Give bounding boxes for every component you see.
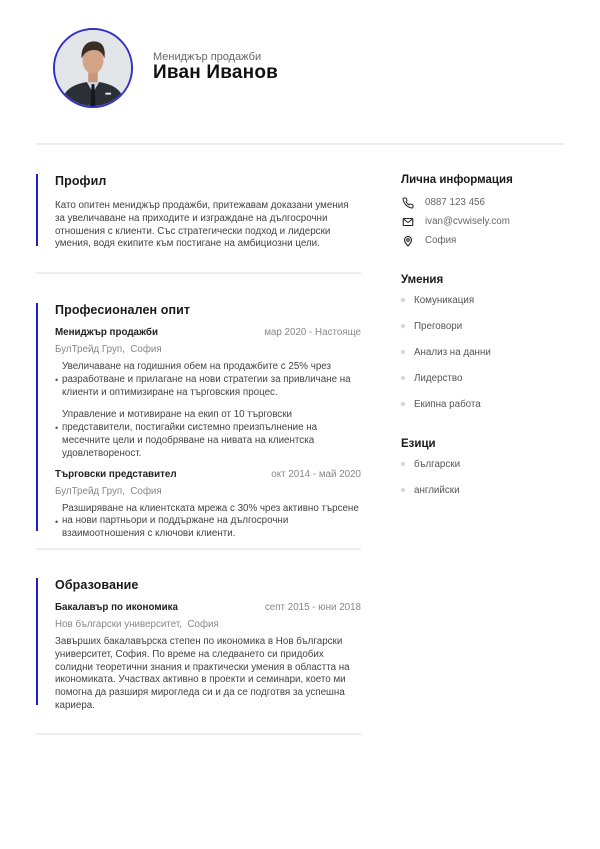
education-divider — [36, 733, 361, 735]
entry-company-line: БулТрейд Груп, София — [55, 344, 361, 355]
bullet-text: Управление и мотивиране на екип от 10 тъ… — [62, 409, 317, 458]
skill-label: Лидерство — [414, 373, 462, 384]
bullet-dot-icon: • — [55, 516, 58, 529]
section-accent-bar — [36, 303, 38, 531]
header-divider — [36, 143, 564, 145]
experience-divider — [36, 548, 361, 550]
entry-bullets: •Увеличаване на годишния обем на продажб… — [55, 361, 361, 461]
language-item: български — [401, 451, 571, 477]
phone-value[interactable]: 0887 123 456 — [425, 197, 485, 208]
mail-icon — [401, 215, 414, 228]
education-entry: Бакалавър по икономика септ 2015 - юни 2… — [55, 602, 361, 713]
bullet-dot-icon — [401, 298, 405, 302]
section-accent-bar — [36, 578, 38, 705]
email-row: ivan@cvwisely.com — [401, 212, 571, 231]
entry-dates: септ 2015 - юни 2018 — [265, 602, 361, 613]
bullet-text: Разширяване на клиентската мрежа с 30% ч… — [62, 503, 359, 540]
languages-title: Езици — [401, 438, 571, 450]
languages-section: Езици български английски — [401, 438, 571, 503]
location-pin-icon — [401, 234, 414, 247]
education-section: Образование Бакалавър по икономика септ … — [36, 578, 361, 713]
bullet-dot-icon — [401, 402, 405, 406]
bullet-dot-icon: • — [55, 374, 58, 387]
entry-school: Нов български университет, — [55, 619, 182, 630]
profile-divider — [36, 272, 361, 274]
profile-title: Профил — [55, 174, 361, 188]
skill-label: Анализ на данни — [414, 347, 491, 358]
profile-section: Профил Като опитен мениджър продажби, пр… — [36, 174, 361, 251]
resume-header: Мениджър продажби Иван Иванов — [0, 0, 600, 140]
bullet-dot-icon — [401, 462, 405, 466]
profile-text: Като опитен мениджър продажби, притежава… — [55, 200, 361, 251]
experience-entry: Търговски представител окт 2014 - май 20… — [55, 469, 361, 541]
entry-city: София — [187, 619, 218, 630]
section-accent-bar — [36, 174, 38, 246]
profile-photo-icon — [55, 30, 131, 106]
entry-company: БулТрейд Груп, — [55, 486, 125, 497]
entry-role: Мениджър продажби — [55, 327, 158, 338]
phone-row: 0887 123 456 — [401, 193, 571, 212]
skill-label: Екипна работа — [414, 399, 481, 410]
full-name: Иван Иванов — [153, 62, 278, 84]
bullet-dot-icon — [401, 488, 405, 492]
experience-title: Професионален опит — [55, 303, 361, 317]
bullet-item: •Увеличаване на годишния обем на продажб… — [55, 361, 361, 399]
skill-item: Лидерство — [401, 365, 571, 391]
bullet-dot-icon — [401, 350, 405, 354]
location-value: София — [425, 235, 456, 246]
entry-degree: Бакалавър по икономика — [55, 602, 178, 613]
skill-item: Екипна работа — [401, 391, 571, 417]
entry-company-line: БулТрейд Груп, София — [55, 486, 361, 497]
entry-role: Търговски представител — [55, 469, 177, 480]
skill-item: Комуникация — [401, 287, 571, 313]
skill-item: Преговори — [401, 313, 571, 339]
experience-section: Професионален опит Мениджър продажби мар… — [36, 303, 361, 551]
entry-bullets: •Разширяване на клиентската мрежа с 30% … — [55, 503, 361, 541]
skill-item: Анализ на данни — [401, 339, 571, 365]
entry-dates: мар 2020 - Настояще — [264, 327, 361, 338]
language-label: английски — [414, 485, 460, 496]
experience-entry: Мениджър продажби мар 2020 - Настояще Бу… — [55, 327, 361, 461]
education-title: Образование — [55, 578, 361, 592]
email-value[interactable]: ivan@cvwisely.com — [425, 216, 510, 227]
bullet-dot-icon: • — [55, 422, 58, 435]
bullet-text: Увеличаване на годишния обем на продажби… — [62, 361, 351, 398]
avatar — [53, 28, 133, 108]
location-row: София — [401, 231, 571, 250]
language-item: английски — [401, 477, 571, 503]
bullet-dot-icon — [401, 376, 405, 380]
phone-icon — [401, 196, 414, 209]
entry-school-line: Нов български университет, София — [55, 619, 361, 630]
entry-city: София — [130, 486, 161, 497]
skill-label: Преговори — [414, 321, 462, 332]
skill-label: Комуникация — [414, 295, 474, 306]
bullet-dot-icon — [401, 324, 405, 328]
entry-city: София — [130, 344, 161, 355]
personal-info-section: Лична информация 0887 123 456 ivan@cvwis… — [401, 174, 571, 250]
personal-info-title: Лична информация — [401, 174, 571, 186]
education-text: Завърших бакалавърска степен по икономик… — [55, 636, 361, 713]
skills-title: Умения — [401, 274, 571, 286]
skills-section: Умения Комуникация Преговори Анализ на д… — [401, 274, 571, 417]
bullet-item: •Разширяване на клиентската мрежа с 30% … — [55, 503, 361, 541]
entry-dates: окт 2014 - май 2020 — [271, 469, 361, 480]
bullet-item: •Управление и мотивиране на екип от 10 т… — [55, 409, 361, 460]
language-label: български — [414, 459, 460, 470]
entry-company: БулТрейд Груп, — [55, 344, 125, 355]
